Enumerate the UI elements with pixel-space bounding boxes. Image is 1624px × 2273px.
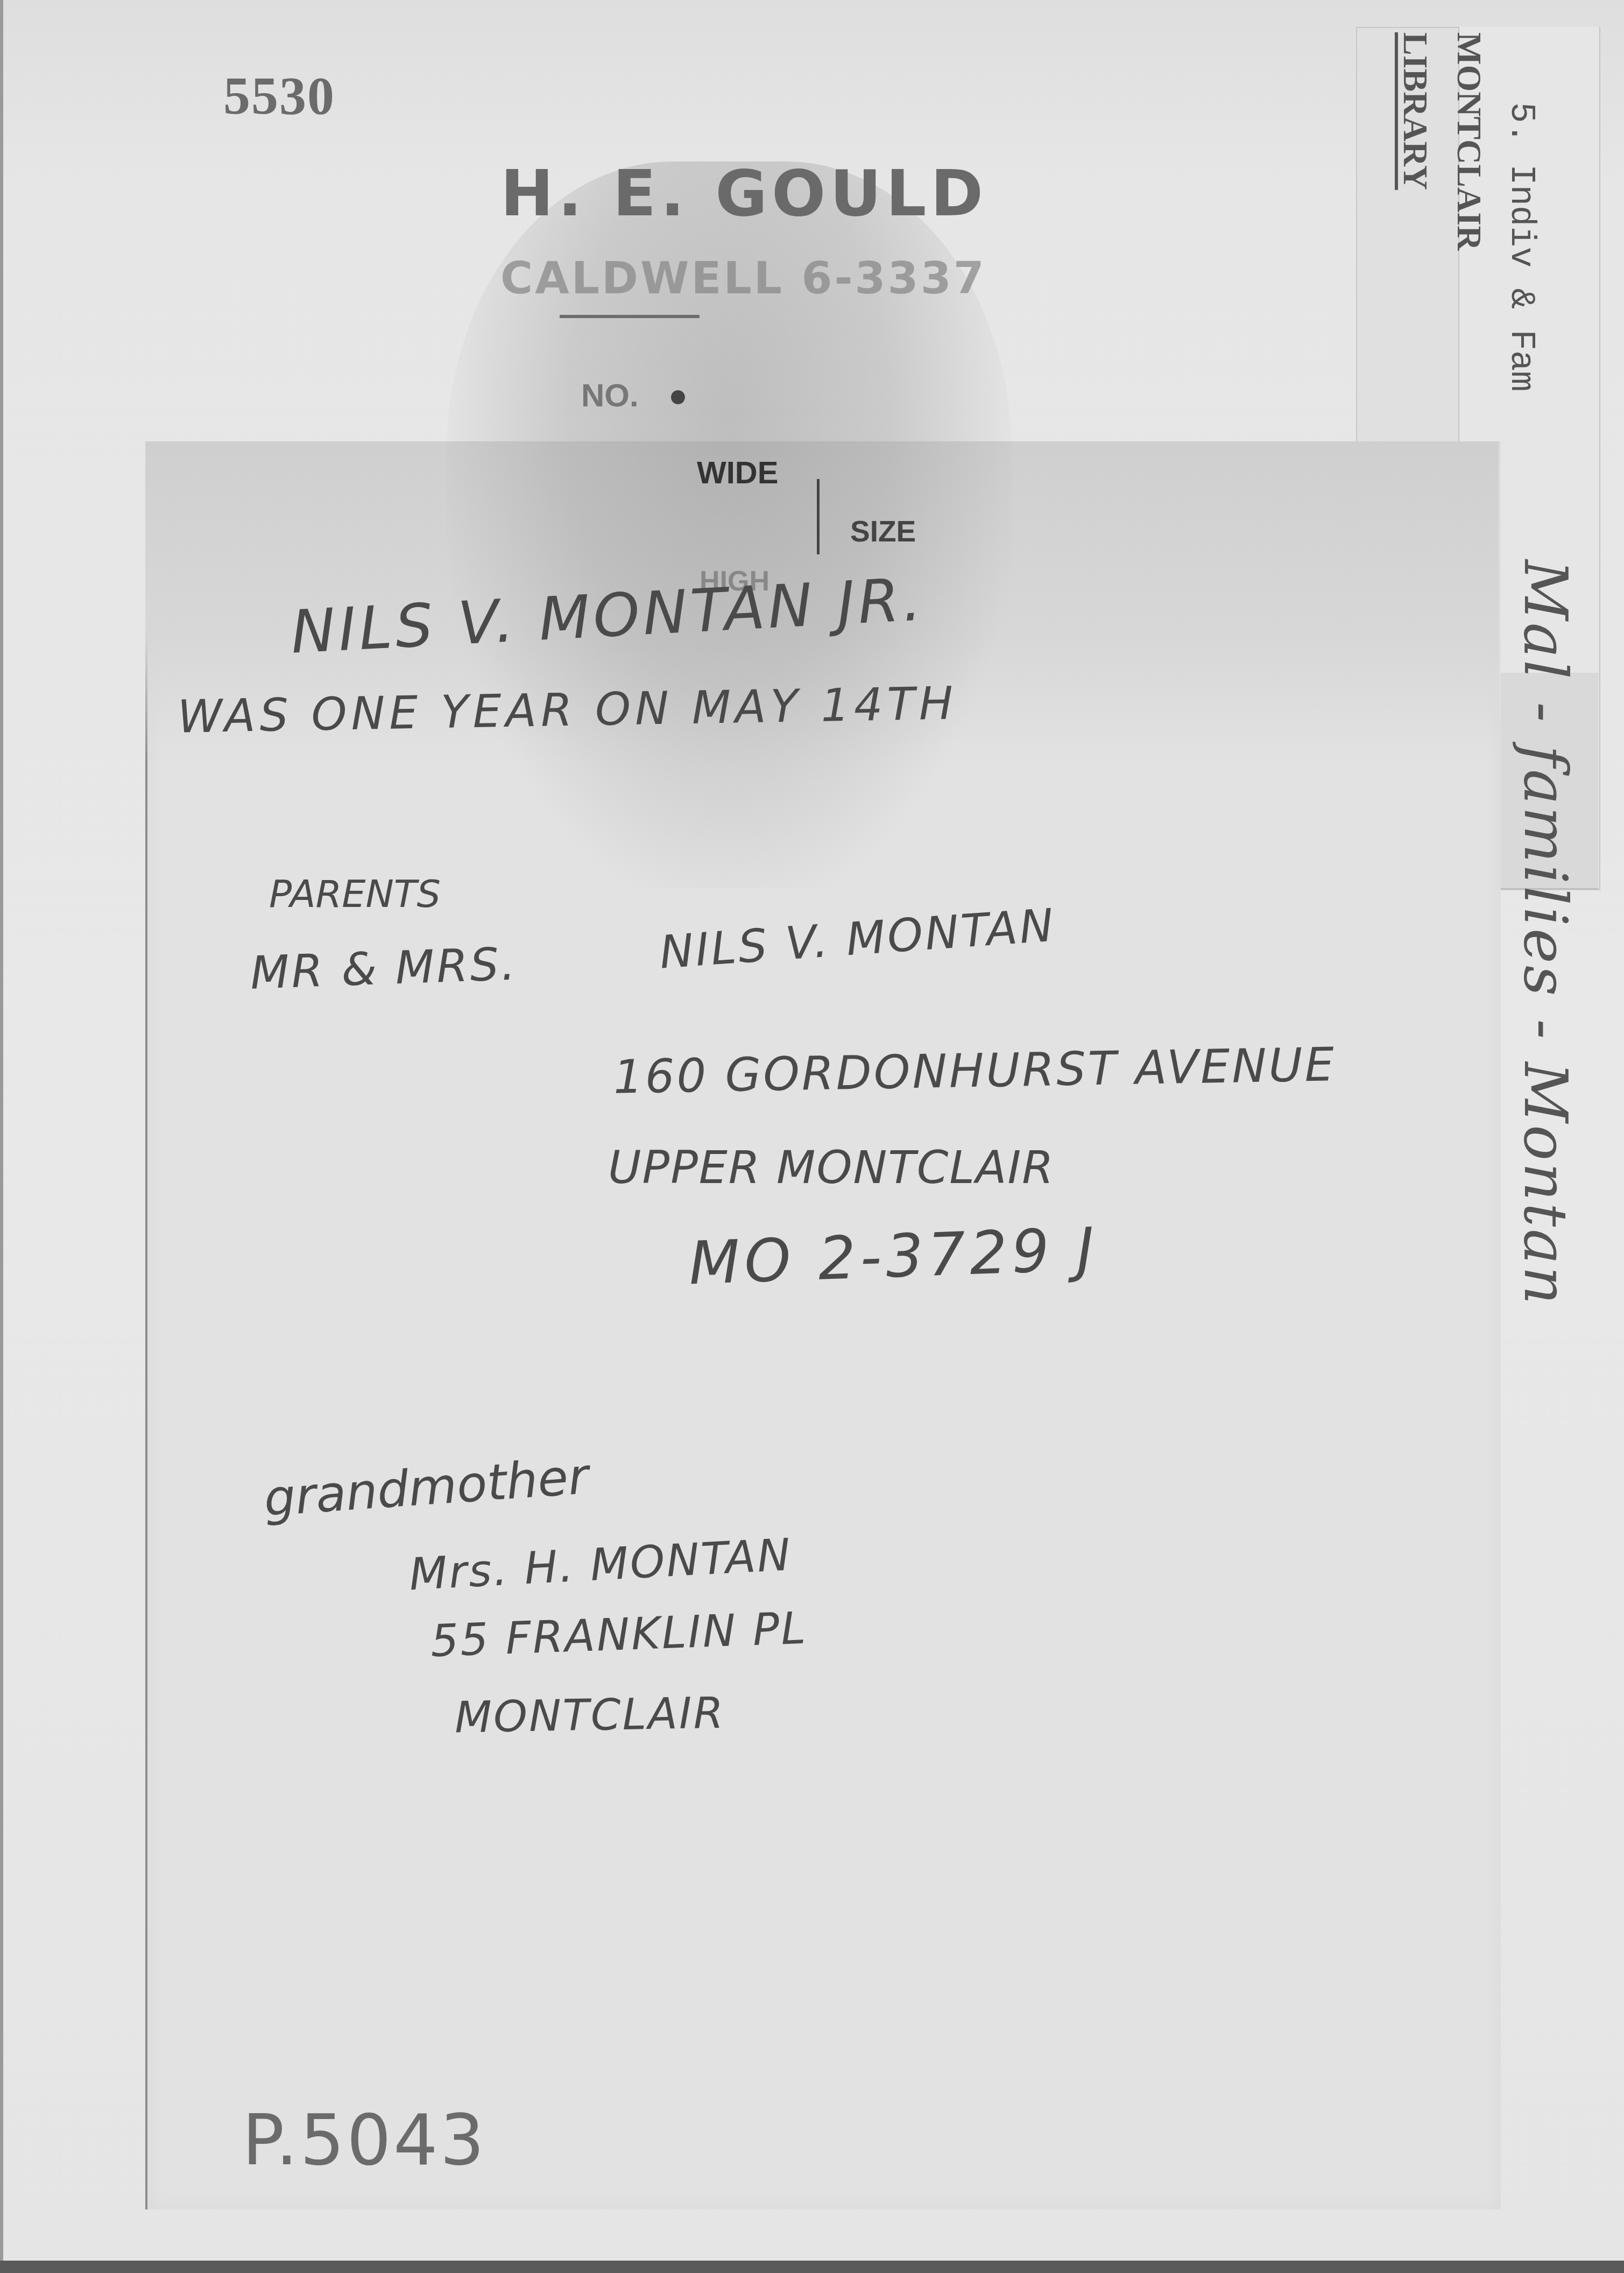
catalog-number: 5530 <box>223 65 335 126</box>
parents-phone: MO 2-3729 J <box>688 1215 1099 1298</box>
handwritten-category: Mal - families - Montan <box>1511 560 1580 1307</box>
form-label-size: SIZE <box>850 514 916 548</box>
parents-label: PARENTS <box>269 872 441 916</box>
library-stamp-line-2: LIBRARY <box>1388 32 1442 258</box>
studio-phone: CALDWELL 6-3337 <box>500 253 986 304</box>
parents-town: UPPER MONTCLAIR <box>608 1141 1055 1194</box>
scan-bottom-edge <box>0 2261 1624 2273</box>
form-label-wide: WIDE <box>697 455 778 491</box>
studio-name: H. E. GOULD <box>500 156 987 230</box>
library-stamp: MONTCLAIR LIBRARY <box>1334 32 1496 258</box>
parents-prefix: MR & MRS. <box>249 937 518 999</box>
photo-number: P.5043 <box>242 2099 486 2181</box>
scan-left-edge <box>0 0 3 2273</box>
library-stamp-line-1: MONTCLAIR <box>1442 32 1496 258</box>
form-dot <box>671 390 685 404</box>
form-divider <box>817 479 820 554</box>
studio-divider <box>560 315 700 318</box>
grandmother-town: MONTCLAIR <box>454 1688 725 1743</box>
form-label-no: NO. <box>581 377 639 414</box>
typed-category: 5. Indiv & Fam <box>1501 102 1540 392</box>
